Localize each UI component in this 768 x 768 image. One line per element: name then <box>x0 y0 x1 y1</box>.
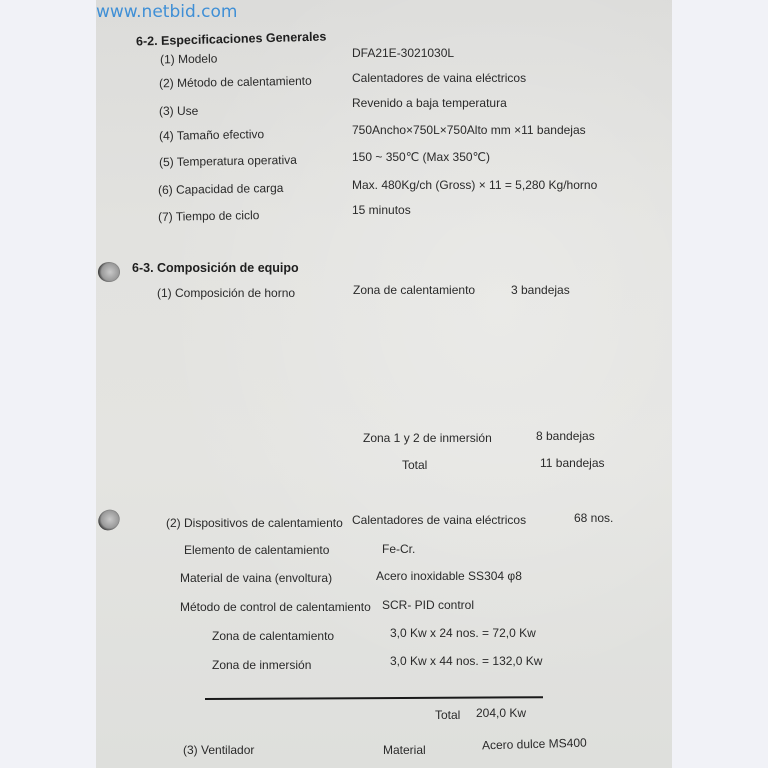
spec-label-modelo: (1) Modelo <box>160 52 218 67</box>
ventilador-label: (3) Ventilador <box>183 743 254 757</box>
spec-value-temperatura: 150 ~ 350℃ (Max 350℃) <box>352 150 490 164</box>
zona-inmersion-name: Zona 1 y 2 de inmersión <box>363 431 492 445</box>
potencia-calentamiento-label: Zona de calentamiento <box>212 629 334 643</box>
spec-label-capacidad: (6) Capacidad de carga <box>158 181 284 197</box>
potencia-inmersion-label: Zona de inmersión <box>212 658 311 672</box>
spec-value-use: Revenido a baja temperatura <box>352 96 507 110</box>
spec-label-metodo: (2) Método de calentamiento <box>159 74 312 91</box>
zona-inmersion-value: 8 bandejas <box>536 429 595 443</box>
spec-value-capacidad: Max. 480Kg/ch (Gross) × 11 = 5,280 Kg/ho… <box>352 178 597 192</box>
spec-value-metodo: Calentadores de vaina eléctricos <box>352 71 526 85</box>
binder-hole-top <box>98 262 120 282</box>
spec-label-use: (3) Use <box>159 104 198 118</box>
potencia-total-value: 204,0 Kw <box>476 706 526 720</box>
horno-total-value: 11 bandejas <box>540 456 605 470</box>
material-vaina-label: Material de vaina (envoltura) <box>180 571 332 585</box>
spec-value-tiempo: 15 minutos <box>352 203 411 217</box>
dispositivos-label: (2) Dispositivos de calentamiento <box>166 516 343 530</box>
zona-calentamiento-name: Zona de calentamiento <box>353 283 475 297</box>
watermark: www.netbid.com <box>96 2 237 22</box>
spec-label-tamano: (4) Tamaño efectivo <box>159 127 264 143</box>
spec-label-tiempo: (7) Tiempo de ciclo <box>158 208 260 224</box>
elemento-label: Elemento de calentamiento <box>184 543 329 557</box>
spec-value-modelo: DFA21E-3021030L <box>352 46 454 60</box>
zona-calentamiento-value: 3 bandejas <box>511 283 570 297</box>
horno-label: (1) Composición de horno <box>157 286 295 300</box>
ventilador-material-value: Acero dulce MS400 <box>482 736 587 753</box>
spec-label-temperatura: (5) Temperatura operativa <box>159 153 297 169</box>
dispositivos-type: Calentadores de vaina eléctricos <box>352 513 526 527</box>
section-6-3-title: 6-3. Composición de equipo <box>132 261 299 275</box>
ventilador-material-label: Material <box>383 743 426 757</box>
spec-value-tamano: 750Ancho×750L×750Alto mm ×11 bandejas <box>352 123 586 137</box>
control-label: Método de control de calentamiento <box>180 600 371 614</box>
potencia-calentamiento-value: 3,0 Kw x 24 nos. = 72,0 Kw <box>390 626 536 640</box>
material-vaina-value: Acero inoxidable SS304 φ8 <box>376 569 522 583</box>
dispositivos-count: 68 nos. <box>574 511 613 525</box>
elemento-value: Fe-Cr. <box>382 542 415 556</box>
horno-total-label: Total <box>402 458 427 472</box>
potencia-total-label: Total <box>435 708 460 722</box>
potencia-inmersion-value: 3,0 Kw x 44 nos. = 132,0 Kw <box>390 654 542 668</box>
control-value: SCR- PID control <box>382 598 474 612</box>
